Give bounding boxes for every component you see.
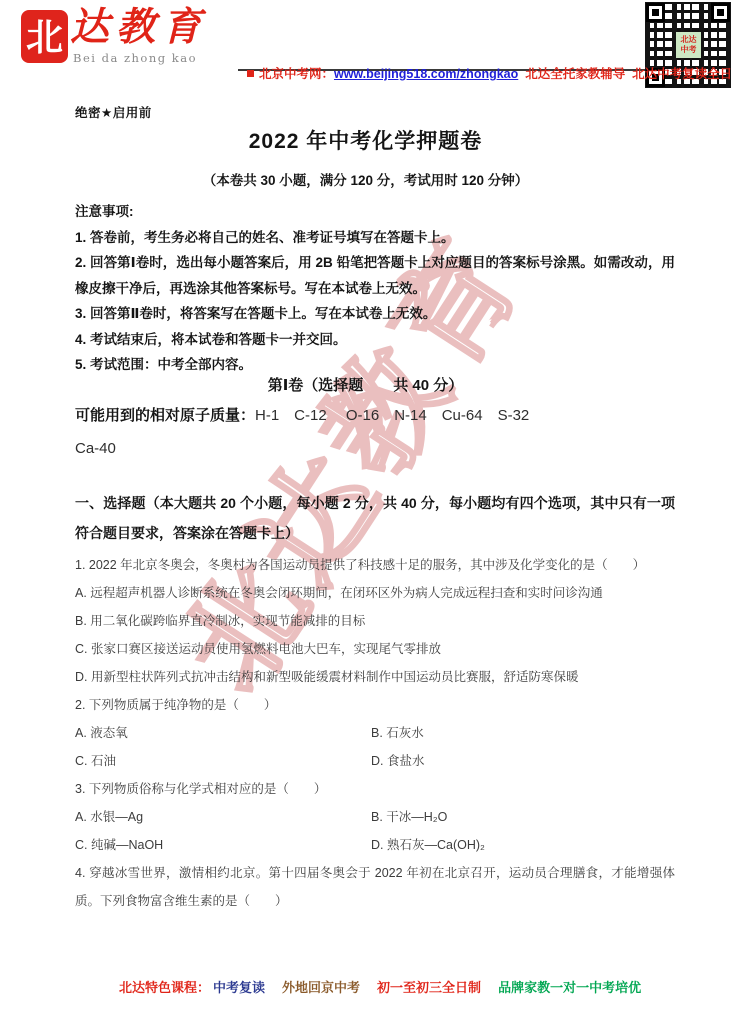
question-4-stem: 4. 穿越冰雪世界，激情相约北京。第十四届冬奥会于 2022 年初在北京召开，运…	[75, 859, 675, 915]
part1-heading: 第Ⅰ卷（选择题 共 40 分）	[0, 374, 731, 395]
footer-segment: 北达特色课程：	[119, 980, 210, 995]
brand-name: 达教育	[70, 4, 208, 50]
question-3-stem: 3. 下列物质俗称与化学式相对应的是（ ）	[75, 775, 675, 803]
footer-segment: 品牌家教一对一中考培优	[498, 980, 641, 995]
paper-subtitle: （本卷共 30 小题，满分 120 分，考试用时 120 分钟）	[0, 169, 731, 189]
qr-finder-icon	[711, 3, 730, 22]
question-3-option-d: D. 熟石灰—Ca(OH)₂	[371, 831, 675, 859]
question-2-option-d: D. 食盐水	[371, 747, 675, 775]
section1-heading: 一、选择题（本大题共 20 个小题，每小题 2 分，共 40 分，每小题均有四个…	[75, 489, 675, 548]
header-info-line: 北京中考网：www.beijing518.com/zhongkao 北达全托家教…	[240, 50, 731, 82]
question-2-option-b: B. 石灰水	[371, 719, 675, 747]
question-3-option-b: B. 干冰—H₂O	[371, 803, 675, 831]
site-label: 北京中考网：	[259, 67, 334, 81]
atomic-mass-values: Ca-40	[75, 432, 685, 465]
question-2-option-c: C. 石油	[75, 747, 371, 775]
question-3-option-a: A. 水银—Ag	[75, 803, 371, 831]
brand-subtitle: Bei da zhong kao	[73, 51, 197, 65]
atomic-mass-values: H-1 C-12 O-16 N-14 Cu-64 S-32	[255, 407, 529, 424]
footer-segment: 初一至初三全日制	[377, 980, 481, 995]
exam-notices: 注意事项: 1. 答卷前，考生务必将自己的姓名、准考证号填写在答题卡上。 2. …	[75, 199, 675, 378]
qr-finder-icon	[646, 3, 665, 22]
notice-item: 3. 回答第Ⅱ卷时，将答案写在答题卡上。写在本试卷上无效。	[75, 301, 675, 327]
notice-item: 4. 考试结束后，将本试卷和答题卡一并交回。	[75, 327, 675, 353]
question-1-option-a: A. 远程超声机器人诊断系统在冬奥会闭环期间，在闭环区外为病人完成远程扫查和实时…	[75, 579, 675, 607]
question-1-stem: 1. 2022 年北京冬奥会，冬奥村为各国运动员提供了科技感十足的服务，其中涉及…	[75, 551, 675, 579]
notice-title: 注意事项:	[75, 199, 675, 225]
question-1-option-c: C. 张家口赛区接送运动员使用氢燃料电池大巴车，实现尾气零排放	[75, 635, 675, 663]
atomic-mass-label: 可能用到的相对原子质量：	[75, 407, 255, 424]
notice-item: 1. 答卷前，考生务必将自己的姓名、准考证号填写在答题卡上。	[75, 225, 675, 251]
notice-item: 2. 回答第Ⅰ卷时，选出每小题答案后，用 2B 铅笔把答题卡上对应题目的答案标号…	[75, 250, 675, 301]
red-square-bullet-icon	[247, 70, 254, 77]
qr-center-text: 北达	[681, 35, 697, 44]
question-2-stem: 2. 下列物质属于纯净物的是（ ）	[75, 691, 675, 719]
footer-courses-line: 北达特色课程：中考复读外地回京中考初一至初三全日制品牌家教一对一中考培优	[119, 977, 658, 996]
footer-segment: 中考复读	[213, 980, 265, 995]
question-1-option-d: D. 用新型柱状阵列式抗冲击结构和新型吸能缓震材料制作中国运动员比赛服，舒适防寒…	[75, 663, 675, 691]
secrecy-label: 绝密★启用前	[75, 103, 152, 121]
question-2-option-a: A. 液态氧	[75, 719, 371, 747]
brand-seal-logo: 北	[22, 11, 67, 62]
question-1-option-b: B. 用二氧化碳跨临界直冷制冰，实现节能减排的目标	[75, 607, 675, 635]
footer-segment: 外地回京中考	[282, 980, 360, 995]
paper-title: 2022 年中考化学押题卷	[0, 125, 731, 155]
header-tagline: 北达全托家教辅导 北达中考复读全日制：010-62526900	[518, 67, 731, 81]
site-url-link[interactable]: www.beijing518.com/zhongkao	[334, 67, 518, 81]
question-3-option-c: C. 纯碱—NaOH	[75, 831, 371, 859]
atomic-mass-block: 可能用到的相对原子质量：H-1 C-12 O-16 N-14 Cu-64 S-3…	[75, 399, 685, 465]
questions-block: 1. 2022 年北京冬奥会，冬奥村为各国运动员提供了科技感十足的服务，其中涉及…	[75, 551, 675, 915]
